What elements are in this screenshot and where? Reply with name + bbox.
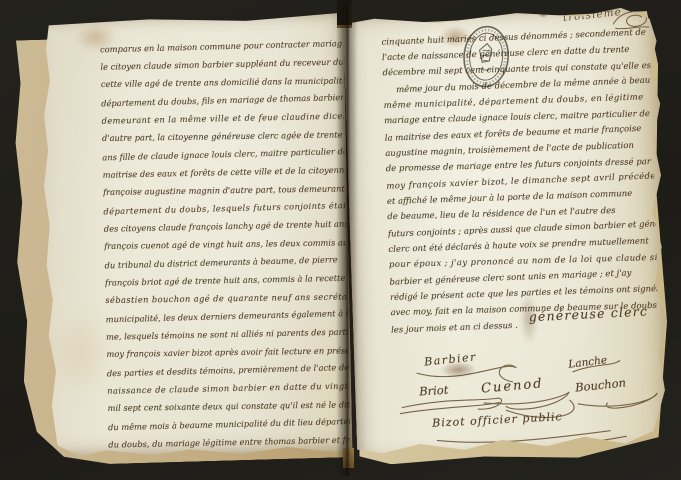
right-page: troisième cinquante huit mariés ci dessu… [343,5,674,463]
right-page-text: cinquante huit mariés ci dessus dénommés… [381,25,659,338]
foxing-stain [43,308,115,399]
left-page-text: comparus en la maison commune pour contr… [100,35,351,454]
scanned-register-photo: comparus en la maison commune pour contr… [0,0,681,480]
book-gutter [336,2,358,476]
left-page: comparus en la maison commune pour contr… [19,13,352,460]
ink-stain [539,11,548,18]
